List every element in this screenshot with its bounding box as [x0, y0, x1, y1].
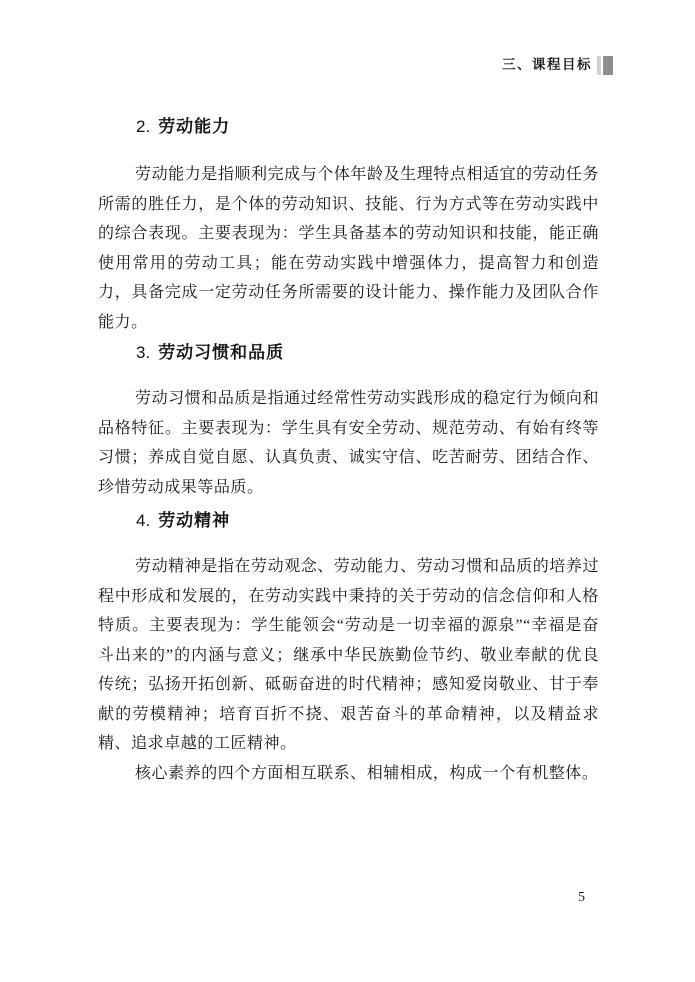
section-title: 劳动习惯和品质: [158, 343, 284, 362]
paragraph: 劳动能力是指顺利完成与个体年龄及生理特点相适宜的劳动任务所需的胜任力，是个体的劳…: [98, 160, 599, 337]
section-title: 劳动能力: [158, 117, 230, 136]
paragraph: 劳动习惯和品质是指通过经常性劳动实践形成的稳定行为倾向和品格特征。主要表现为：学…: [98, 384, 599, 502]
section-number: 4.: [136, 511, 150, 530]
document-page: 三、课程目标 2.劳动能力 劳动能力是指顺利完成与个体年龄及生理特点相适宜的劳动…: [0, 0, 695, 982]
section-body-labor-ability: 劳动能力是指顺利完成与个体年龄及生理特点相适宜的劳动任务所需的胜任力，是个体的劳…: [98, 160, 599, 337]
page-number: 5: [578, 890, 585, 906]
section-number: 3.: [136, 343, 150, 362]
section-heading-labor-spirit: 4.劳动精神: [136, 510, 230, 532]
running-header: 三、课程目标: [502, 55, 613, 75]
section-heading-labor-habits: 3.劳动习惯和品质: [136, 342, 284, 364]
paragraph: 劳动精神是指在劳动观念、劳动能力、劳动习惯和品质的培养过程中形成和发展的，在劳动…: [98, 552, 599, 759]
section-body-labor-spirit: 劳动精神是指在劳动观念、劳动能力、劳动习惯和品质的培养过程中形成和发展的，在劳动…: [98, 552, 599, 788]
paragraph: 核心素养的四个方面相互联系、相辅相成，构成一个有机整体。: [98, 759, 599, 789]
section-title: 劳动精神: [158, 511, 230, 530]
section-number: 2.: [136, 117, 150, 136]
section-heading-labor-ability: 2.劳动能力: [136, 116, 230, 138]
section-body-labor-habits: 劳动习惯和品质是指通过经常性劳动实践形成的稳定行为倾向和品格特征。主要表现为：学…: [98, 384, 599, 502]
accent-bar-light-icon: [597, 56, 601, 75]
running-header-title: 三、课程目标: [502, 55, 592, 75]
accent-bar-dark-icon: [603, 56, 613, 75]
